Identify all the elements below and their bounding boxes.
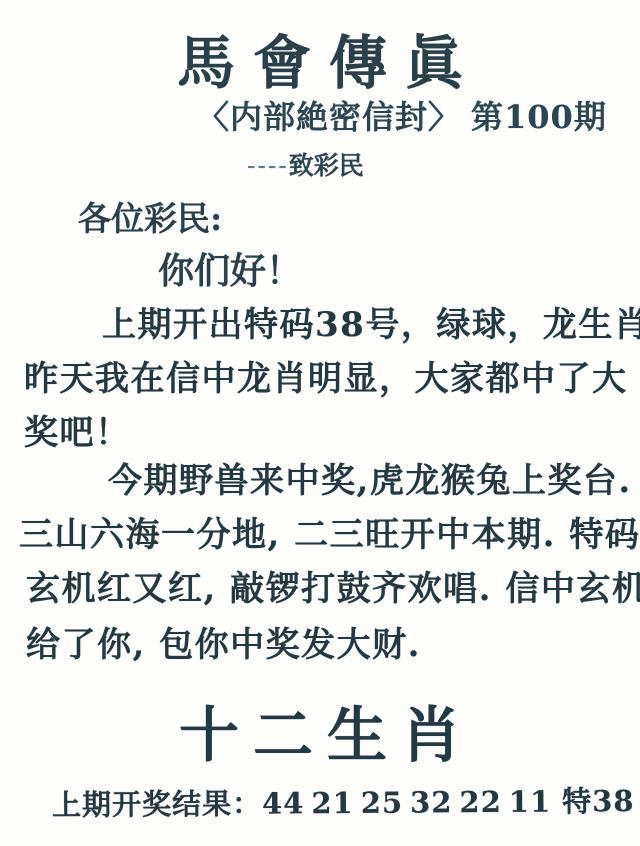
special-number: 特38 xyxy=(562,779,635,821)
paragraph2-line-1: 今期野兽来中奖,虎龙猴兔上奖台. xyxy=(108,453,632,502)
subtitle-bracketed-text: 〈内部絶密信封〉 xyxy=(197,98,461,136)
paragraph1-line-1: 上期开出特码38号，绿球，龙生肖。 xyxy=(102,297,640,346)
result-number-6: 11 xyxy=(509,785,552,819)
paragraph2-line-3: 玄机红又红, 敲锣打鼓齐欢唱. 信中玄机 xyxy=(26,561,640,610)
document-title: 馬會傳眞 xyxy=(0,16,640,100)
salutation-line: 各位彩民: xyxy=(78,193,222,240)
paragraph1-line-3: 奖吧！ xyxy=(24,405,131,454)
dedication-dashes: ---- xyxy=(247,151,289,180)
result-number-2: 21 xyxy=(311,786,354,820)
paragraph2-line-4: 给了你, 包你中奖发大财. xyxy=(26,617,421,666)
paragraph1-line-2: 昨天我在信中龙肖明显，大家都中了大 xyxy=(24,351,628,400)
results-label: 上期开奖结果： xyxy=(52,787,262,822)
dedication-text: 致彩民 xyxy=(289,151,364,180)
greeting-line: 你们好！ xyxy=(158,243,302,294)
dedication-line: ----致彩民 xyxy=(247,146,364,182)
result-number-4: 32 xyxy=(410,785,453,819)
document-subtitle: 〈内部絶密信封〉第100期 xyxy=(197,92,607,138)
previous-results-line: 上期开奖结果：442125322211特38 xyxy=(52,779,635,824)
zodiac-section-heading: 十二生肖 xyxy=(0,688,640,774)
result-number-3: 25 xyxy=(361,786,404,820)
result-number-1: 44 xyxy=(262,786,305,820)
paragraph2-line-2: 三山六海一分地, 二三旺开中本期. 特码 xyxy=(19,507,640,556)
issue-number: 第100期 xyxy=(471,98,607,136)
fax-document-page: 馬會傳眞 〈内部絶密信封〉第100期 ----致彩民 各位彩民: 你们好！ 上期… xyxy=(0,0,640,846)
result-number-5: 22 xyxy=(459,785,502,819)
